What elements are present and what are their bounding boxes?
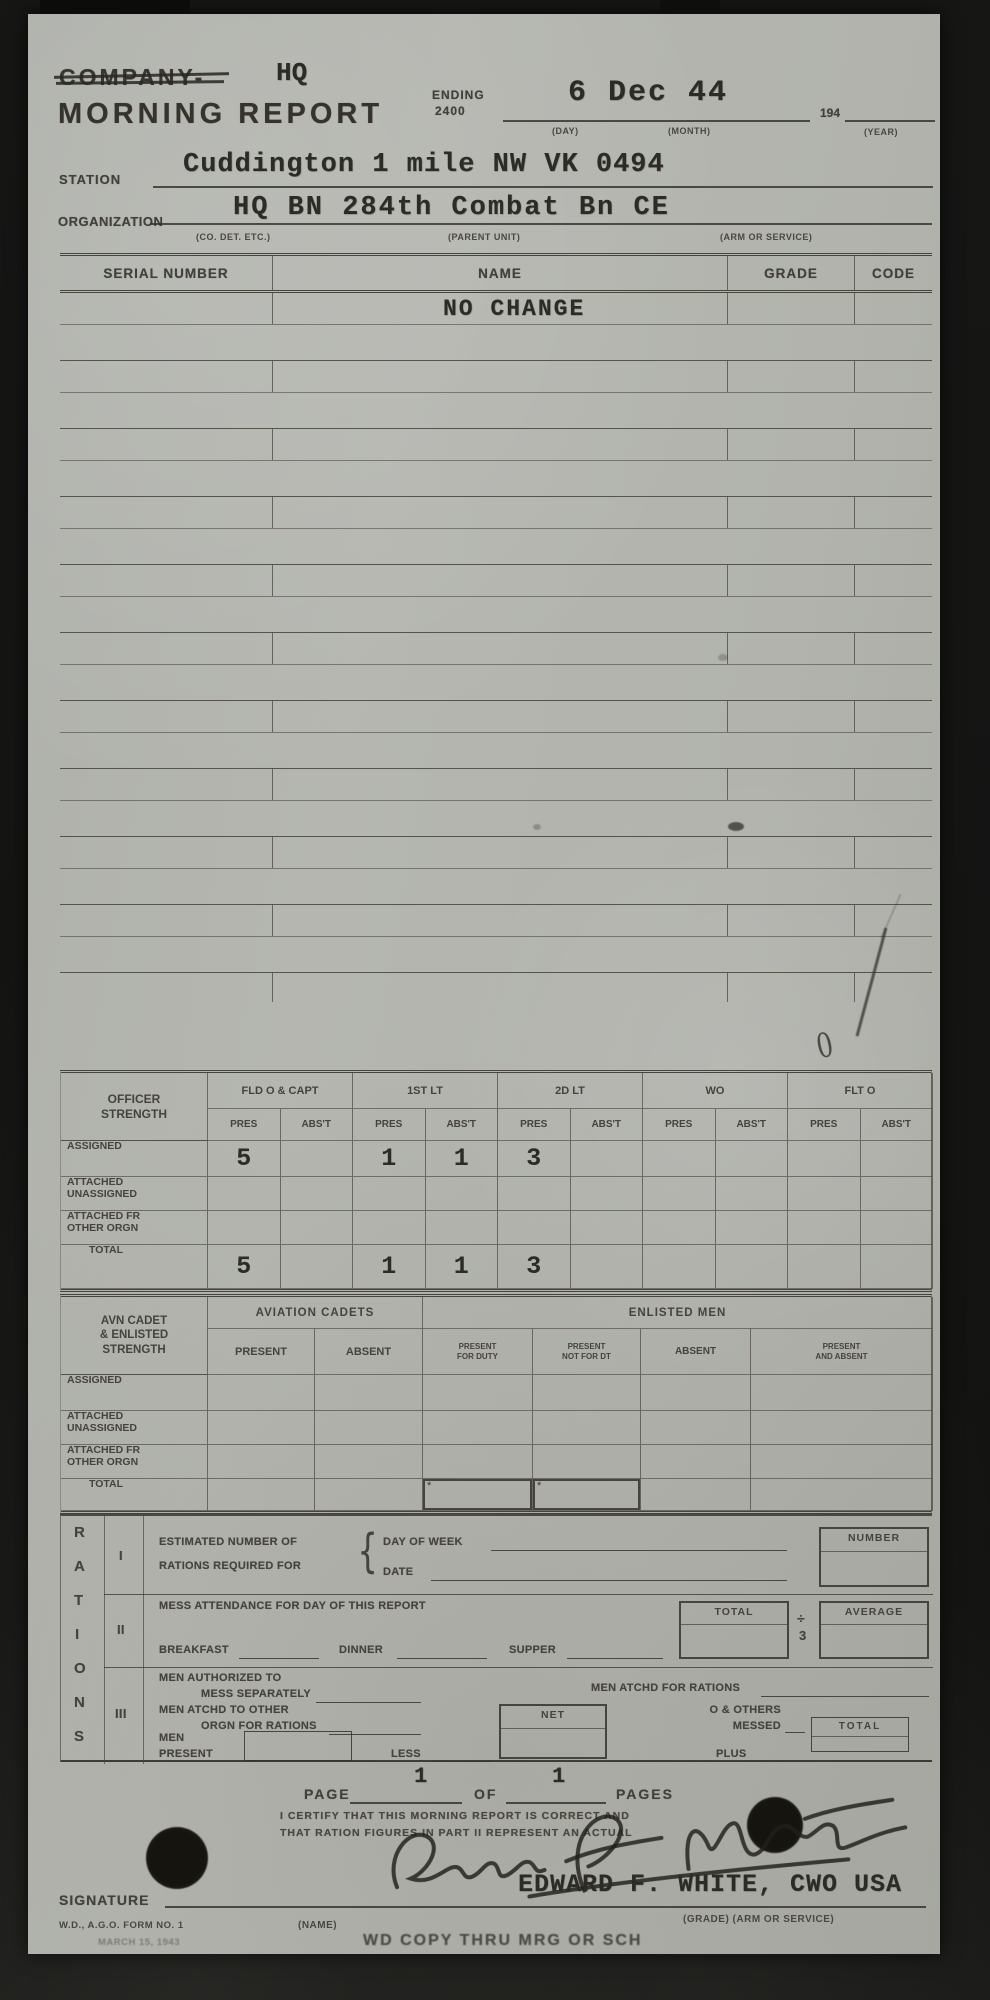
officer-assigned-cell: 1 <box>353 1141 426 1177</box>
row-label-assigned: ASSIGNED <box>61 1141 208 1177</box>
rations-section: R A T I O N S I II III ESTIMATED NUMBER … <box>60 1514 932 1762</box>
o-and-others-line1: O & OTHERS <box>681 1704 781 1716</box>
rations-letter: S <box>74 1728 84 1745</box>
officer-total-cell <box>716 1245 789 1289</box>
brace-glyph: { <box>357 1524 377 1578</box>
roster-row <box>60 461 932 497</box>
number-box: NUMBER <box>819 1527 929 1587</box>
roster-row <box>60 769 932 801</box>
group-aviation-cadets: AVIATION CADETS <box>208 1297 423 1329</box>
group-2d-lt: 2D LT <box>498 1073 643 1109</box>
men-atchd-for-rations: MEN ATCHD FOR RATIONS <box>591 1682 740 1694</box>
men-atchd-other-line1: MEN ATCHD TO OTHER <box>159 1704 289 1716</box>
divide-sign: ÷ <box>797 1610 805 1626</box>
officer-cell <box>498 1177 571 1211</box>
row-label-assigned: ASSIGNED <box>61 1375 208 1411</box>
enlisted-cell <box>315 1375 423 1411</box>
no-change-entry: NO CHANGE <box>443 296 585 322</box>
officer-assigned-cell <box>571 1141 644 1177</box>
enlisted-total-cell <box>315 1479 423 1511</box>
net-box: NET <box>499 1704 607 1759</box>
officer-cell <box>716 1211 789 1245</box>
group-flt-o: FLT O <box>788 1073 933 1109</box>
officer-title-line2: STRENGTH <box>101 1107 167 1122</box>
day-of-week-line <box>491 1550 787 1551</box>
station-underline <box>153 186 933 188</box>
total-box: TOTAL <box>679 1601 789 1659</box>
divider <box>104 1594 933 1595</box>
ending-time: 2400 <box>435 104 466 118</box>
enlisted-cell <box>533 1375 641 1411</box>
part-iii-numeral: III <box>115 1706 127 1721</box>
officer-cell <box>353 1211 426 1245</box>
enlisted-cell <box>751 1411 933 1445</box>
col-present-and-absent: PRESENTAND ABSENT <box>751 1329 933 1375</box>
rations-letter: R <box>74 1524 85 1541</box>
officer-strength-table: OFFICER STRENGTH FLD O & CAPT 1ST LT 2D … <box>60 1070 932 1292</box>
punch-hole-left <box>146 1827 208 1889</box>
roster-row <box>60 393 932 429</box>
group-fldo-capt: FLD O & CAPT <box>208 1073 353 1109</box>
roster-header-row: SERIAL NUMBER NAME GRADE CODE <box>60 253 932 293</box>
o-and-others-line2: MESSED <box>681 1720 781 1732</box>
serial-number-header: SERIAL NUMBER <box>60 256 273 290</box>
enlisted-cell <box>315 1445 423 1479</box>
roster-table: SERIAL NUMBER NAME GRADE CODE NO CHANGE <box>60 253 932 1002</box>
atchd-rations-line <box>761 1696 929 1697</box>
code-header: CODE <box>855 256 932 290</box>
group-enlisted-men: ENLISTED MEN <box>423 1297 933 1329</box>
officer-cell <box>208 1177 281 1211</box>
ink-blot <box>728 822 744 831</box>
officer-cell <box>353 1177 426 1211</box>
officer-cell <box>716 1177 789 1211</box>
roster-row <box>60 529 932 565</box>
page-label: PAGE <box>304 1786 351 1802</box>
name-header: NAME <box>273 256 728 290</box>
enlisted-total-cell <box>208 1479 315 1511</box>
ending-label: ENDING <box>432 88 485 102</box>
officer-cell <box>788 1177 861 1211</box>
date-label: DATE <box>383 1566 413 1578</box>
officer-assigned-cell: 5 <box>208 1141 281 1177</box>
mess-attendance-title: MESS ATTENDANCE FOR DAY OF THIS REPORT <box>159 1600 426 1612</box>
row-label-attached-unassigned: ATTACHEDUNASSIGNED <box>61 1411 208 1445</box>
enlisted-total-boxed-cell: * <box>423 1479 533 1511</box>
abst-header: ABS'T <box>571 1109 644 1141</box>
roster-row <box>60 633 932 665</box>
officer-cell <box>788 1211 861 1245</box>
estimated-rations-line2: RATIONS REQUIRED FOR <box>159 1560 301 1572</box>
parent-unit-sublabel: (PARENT UNIT) <box>448 232 520 242</box>
scan-edge-artifact <box>40 0 190 14</box>
scan-edge-artifact <box>660 0 720 12</box>
enlisted-cell <box>751 1375 933 1411</box>
enlisted-cell <box>533 1445 641 1479</box>
officer-assigned-cell <box>643 1141 716 1177</box>
officer-strength-title: OFFICER STRENGTH <box>61 1073 208 1141</box>
scan-speck <box>533 824 541 830</box>
signature-handwriting <box>376 1786 940 1920</box>
officer-total-cell <box>861 1245 934 1289</box>
officer-total-cell <box>788 1245 861 1289</box>
enlisted-cell <box>423 1411 533 1445</box>
roster-row <box>60 905 932 937</box>
grade-header: GRADE <box>728 256 855 290</box>
officer-cell <box>208 1211 281 1245</box>
roster-row <box>60 937 932 973</box>
estimated-rations-line1: ESTIMATED NUMBER OF <box>159 1536 297 1548</box>
routing-stamp: WD COPY THRU MRG OR SCH <box>363 1932 642 1950</box>
divider <box>143 1516 144 1764</box>
rations-letter: O <box>74 1660 86 1677</box>
divider <box>104 1667 933 1668</box>
roster-row <box>60 565 932 597</box>
divider <box>104 1516 105 1764</box>
pages-total-entry: 1 <box>552 1764 565 1789</box>
pres-header: PRES <box>208 1109 281 1141</box>
pres-header: PRES <box>788 1109 861 1141</box>
year-prefix: 194 <box>820 106 840 120</box>
officer-assigned-cell <box>788 1141 861 1177</box>
supper-label: SUPPER <box>509 1644 556 1656</box>
group-wo: WO <box>643 1073 788 1109</box>
row-label-attached-unassigned: ATTACHEDUNASSIGNED <box>61 1177 208 1211</box>
date-underline <box>503 120 810 122</box>
row-label-attached-fr: ATTACHED FROTHER ORGN <box>61 1211 208 1245</box>
col-present: PRESENT <box>208 1329 315 1375</box>
year-sublabel: (YEAR) <box>864 127 898 137</box>
roster-row <box>60 701 932 733</box>
enlisted-cell <box>423 1375 533 1411</box>
messed-line <box>785 1732 805 1733</box>
officer-assigned-cell <box>861 1141 934 1177</box>
col-absent: ABSENT <box>315 1329 423 1375</box>
signature-underline <box>165 1906 926 1908</box>
roster-row <box>60 801 932 837</box>
pres-header: PRES <box>643 1109 716 1141</box>
officer-cell <box>281 1211 354 1245</box>
enlisted-cell <box>641 1445 751 1479</box>
part-ii-numeral: II <box>117 1622 125 1637</box>
form-id: W.D., A.G.O. FORM NO. 1 <box>59 1920 184 1931</box>
day-sublabel: (DAY) <box>552 126 579 136</box>
abst-header: ABS'T <box>426 1109 499 1141</box>
plus-label: PLUS <box>716 1748 747 1760</box>
breakfast-label: BREAKFAST <box>159 1644 229 1656</box>
roster-row <box>60 497 932 529</box>
average-box: AVERAGE <box>819 1601 929 1659</box>
arm-service-sublabel: (ARM OR SERVICE) <box>720 232 812 242</box>
signature-typed-name: EDWARD F. WHITE, CWO USA <box>518 1870 902 1899</box>
supper-line <box>567 1658 663 1659</box>
officer-total-cell: 1 <box>426 1245 499 1289</box>
breakfast-line <box>239 1658 319 1659</box>
form-title: MORNING REPORT <box>58 98 383 131</box>
name-sublabel: (NAME) <box>298 1920 337 1931</box>
rations-letter: A <box>74 1558 85 1575</box>
col-present-not-for-duty: PRESENTNOT FOR DT <box>533 1329 641 1375</box>
less-label: LESS <box>391 1748 421 1760</box>
organization-label: ORGANIZATION <box>58 214 163 229</box>
roster-row <box>60 325 932 361</box>
organization-entry: HQ BN 284th Combat Bn CE <box>233 193 670 223</box>
roster-row <box>60 597 932 633</box>
officer-cell <box>861 1211 934 1245</box>
form-date: MARCH 15, 1943 <box>98 1937 180 1948</box>
men-authorized-line1: MEN AUTHORIZED TO <box>159 1672 281 1684</box>
officer-total-cell <box>643 1245 716 1289</box>
less-line <box>431 1761 491 1762</box>
total-box-right: TOTAL <box>811 1717 909 1752</box>
officer-assigned-cell: 1 <box>426 1141 499 1177</box>
station-label: STATION <box>59 172 121 187</box>
handwritten-zero: 0 <box>813 1025 837 1068</box>
enlisted-cell <box>208 1375 315 1411</box>
officer-total-cell: 1 <box>353 1245 426 1289</box>
roster-row <box>60 837 932 869</box>
group-1st-lt: 1ST LT <box>353 1073 498 1109</box>
officer-cell <box>571 1211 644 1245</box>
station-entry: Cuddington 1 mile NW VK 0494 <box>183 150 665 180</box>
officer-cell <box>426 1211 499 1245</box>
enlisted-cell <box>208 1411 315 1445</box>
officer-total-cell: 5 <box>208 1245 281 1289</box>
divide-by-three: 3 <box>799 1628 807 1643</box>
enlisted-strength-title: AVN CADET& ENLISTEDSTRENGTH <box>61 1297 208 1375</box>
scanned-document: COMPANY- HQ MORNING REPORT ENDING 2400 6… <box>0 0 990 2000</box>
part-i-numeral: I <box>119 1548 123 1563</box>
company-entry: HQ <box>276 58 307 88</box>
enlisted-cell <box>641 1375 751 1411</box>
pres-header: PRES <box>498 1109 571 1141</box>
rations-letter: N <box>74 1694 85 1711</box>
roster-row <box>60 869 932 905</box>
signature-label: SIGNATURE <box>59 1892 149 1908</box>
roster-row <box>60 361 932 393</box>
scan-speck <box>718 654 728 661</box>
officer-assigned-cell <box>281 1141 354 1177</box>
officer-cell <box>861 1177 934 1211</box>
enlisted-total-cell <box>641 1479 751 1511</box>
men-present-line1: MEN <box>159 1732 184 1744</box>
enlisted-cell <box>315 1411 423 1445</box>
enlisted-cell <box>533 1411 641 1445</box>
rations-letter: I <box>75 1626 79 1643</box>
roster-row <box>60 429 932 461</box>
officer-assigned-cell <box>716 1141 789 1177</box>
officer-total-cell: 3 <box>498 1245 571 1289</box>
day-of-week-label: DAY OF WEEK <box>383 1536 463 1548</box>
roster-row: NO CHANGE <box>60 293 932 325</box>
rations-letter: T <box>74 1592 83 1609</box>
col-present-for-duty: PRESENTFOR DUTY <box>423 1329 533 1375</box>
dinner-label: DINNER <box>339 1644 383 1656</box>
abst-header: ABS'T <box>281 1109 354 1141</box>
grade-arm-sublabel: (GRADE) (ARM OR SERVICE) <box>683 1914 834 1925</box>
col-absent-enlisted: ABSENT <box>641 1329 751 1375</box>
officer-assigned-cell: 3 <box>498 1141 571 1177</box>
officer-cell <box>426 1177 499 1211</box>
enlisted-total-cell <box>751 1479 933 1511</box>
men-present-box <box>244 1731 352 1761</box>
roster-row <box>60 733 932 769</box>
date-line <box>431 1580 787 1581</box>
officer-cell <box>643 1211 716 1245</box>
officer-total-cell <box>281 1245 354 1289</box>
enlisted-cell <box>751 1445 933 1479</box>
row-label-attached-fr: ATTACHED FROTHER ORGN <box>61 1445 208 1479</box>
men-present-line2: PRESENT <box>159 1748 213 1760</box>
roster-row <box>60 973 932 1002</box>
abst-header: ABS'T <box>861 1109 934 1141</box>
enlisted-strength-table: AVN CADET& ENLISTEDSTRENGTH AVIATION CAD… <box>60 1294 932 1514</box>
page-number-entry: 1 <box>414 1764 427 1789</box>
row-label-total: TOTAL <box>61 1479 208 1511</box>
co-det-sublabel: (CO. DET. ETC.) <box>196 232 271 242</box>
roster-row <box>60 665 932 701</box>
men-authorized-line2: MESS SEPARATELY <box>201 1688 311 1700</box>
officer-cell <box>571 1177 644 1211</box>
of-label: OF <box>474 1786 497 1802</box>
officer-total-cell <box>571 1245 644 1289</box>
enlisted-cell <box>208 1445 315 1479</box>
organization-underline <box>150 223 932 225</box>
officer-cell <box>281 1177 354 1211</box>
officer-cell <box>643 1177 716 1211</box>
pres-header: PRES <box>353 1109 426 1141</box>
report-date-entry: 6 Dec 44 <box>568 76 728 110</box>
row-label-total: TOTAL <box>61 1245 208 1289</box>
year-underline <box>845 120 935 122</box>
mess-separately-line <box>316 1702 421 1703</box>
officer-cell <box>498 1211 571 1245</box>
morning-report-form: COMPANY- HQ MORNING REPORT ENDING 2400 6… <box>28 14 940 1954</box>
abst-header: ABS'T <box>716 1109 789 1141</box>
month-sublabel: (MONTH) <box>668 126 711 136</box>
enlisted-cell <box>423 1445 533 1479</box>
enlisted-total-boxed-cell: * <box>533 1479 641 1511</box>
officer-title-line1: OFFICER <box>108 1092 161 1107</box>
dinner-line <box>397 1658 487 1659</box>
enlisted-cell <box>641 1411 751 1445</box>
